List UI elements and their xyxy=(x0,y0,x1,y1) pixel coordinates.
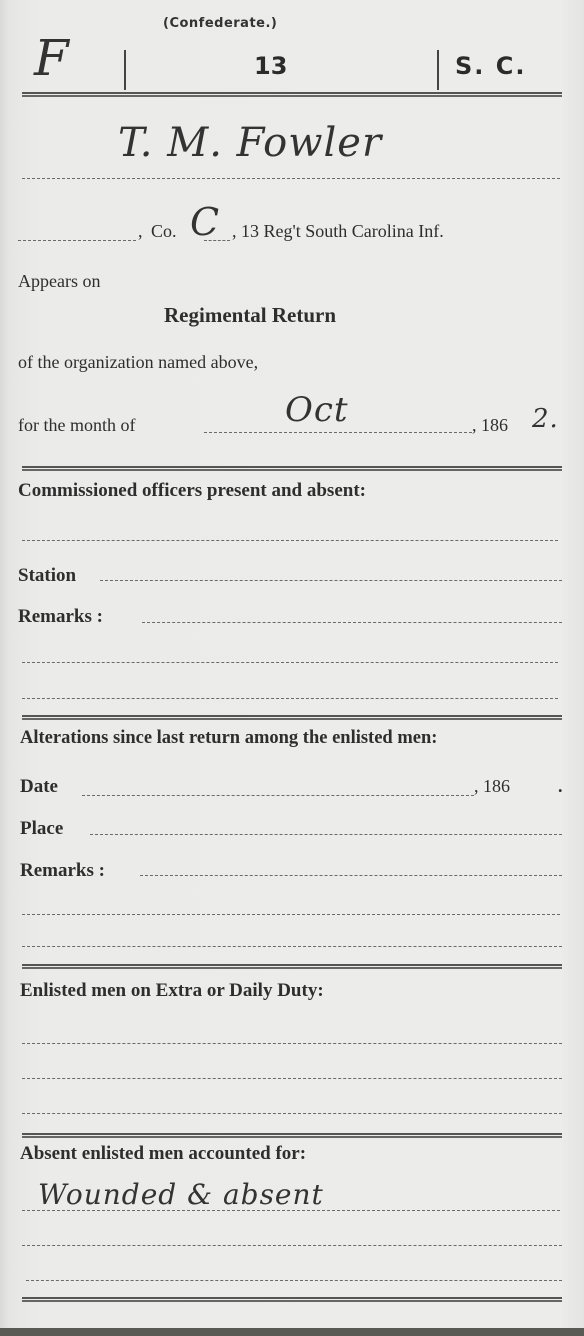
section-rule-2 xyxy=(22,715,562,720)
year-prefix: , 186 xyxy=(472,415,508,436)
commissioned-remarks-line-3 xyxy=(22,698,558,699)
section-rule-5 xyxy=(22,1297,562,1302)
commissioned-remarks-line-1 xyxy=(142,622,562,623)
rank-line xyxy=(18,240,136,241)
name-line xyxy=(22,178,560,179)
extra-duty-line-3 xyxy=(22,1113,562,1114)
header-rule xyxy=(22,92,562,97)
absent-line-1 xyxy=(22,1210,560,1211)
date-line xyxy=(82,795,474,796)
month-label: for the month of xyxy=(18,415,135,436)
alterations-remarks-line-2 xyxy=(22,914,560,915)
station-line xyxy=(100,580,562,581)
header-divider-left xyxy=(124,50,126,90)
commissioned-remarks-label: Remarks : xyxy=(18,606,103,628)
alterations-heading: Alterations since last return among the … xyxy=(20,728,437,749)
appears-on-label: Appears on xyxy=(18,271,100,292)
organization-text: of the organization named above, xyxy=(18,352,258,373)
month-line xyxy=(204,432,472,433)
alterations-remarks-label: Remarks : xyxy=(20,860,105,882)
company-prefix: Co. xyxy=(151,221,177,242)
header-divider-right xyxy=(437,50,439,90)
month-value: Oct xyxy=(285,390,349,430)
unit-name: , 13 Reg't South Carolina Inf. xyxy=(232,221,444,242)
year-suffix: 2. xyxy=(532,404,559,434)
absent-line-3 xyxy=(26,1280,562,1281)
commissioned-line xyxy=(22,540,558,541)
extra-duty-heading: Enlisted men on Extra or Daily Duty: xyxy=(20,980,324,1002)
army-label: (Confederate.) xyxy=(163,16,277,31)
alterations-remarks-line-3 xyxy=(22,946,562,947)
extra-duty-line-2 xyxy=(22,1078,562,1079)
extra-duty-line-1 xyxy=(22,1043,562,1044)
commissioned-remarks-line-2 xyxy=(22,662,558,663)
section-rule-1 xyxy=(22,466,562,471)
company-line xyxy=(204,240,230,241)
rank-comma: , xyxy=(138,221,143,242)
card-initial: F xyxy=(34,28,70,88)
absent-entry: Wounded & absent xyxy=(38,1178,324,1211)
place-label: Place xyxy=(20,818,63,840)
place-line xyxy=(90,834,562,835)
state-abbrev: S. C. xyxy=(455,52,527,80)
commissioned-heading: Commissioned officers present and absent… xyxy=(18,480,366,502)
muster-card: F (Confederate.) 13 S. C. T. M. Fowler ,… xyxy=(0,0,584,1328)
date-label: Date xyxy=(20,776,58,798)
company-letter: C xyxy=(190,200,220,244)
date-period: . xyxy=(558,776,563,797)
section-rule-4 xyxy=(22,1133,562,1138)
soldier-name: T. M. Fowler xyxy=(118,118,382,168)
station-label: Station xyxy=(18,565,76,587)
regiment-number: 13 xyxy=(254,52,287,80)
absent-heading: Absent enlisted men accounted for: xyxy=(20,1143,306,1165)
alterations-remarks-line-1 xyxy=(140,875,562,876)
section-rule-3 xyxy=(22,964,562,969)
record-type: Regimental Return xyxy=(164,303,336,328)
absent-line-2 xyxy=(22,1245,562,1246)
date-year: , 186 xyxy=(474,776,510,797)
